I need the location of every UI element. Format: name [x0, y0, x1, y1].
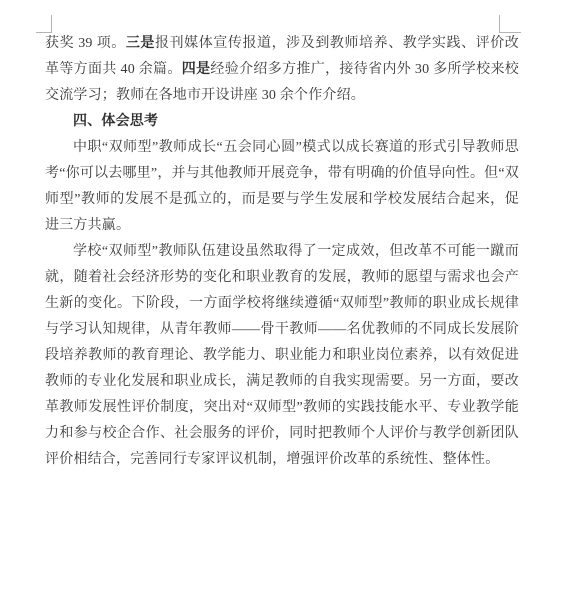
document-page: 获奖 39 项。三是报刊媒体宣传报道，涉及到教师培养、教学实践、评价改革等方面共… [0, 0, 564, 601]
section-heading: 四、体会思考 [45, 109, 519, 135]
text-run: 获奖 39 项。 [45, 36, 126, 51]
list-marker-third: 三是 [126, 36, 155, 51]
list-marker-fourth: 四是 [182, 62, 211, 77]
paragraph-reflection: 中职“双师型”教师成长“五会同心圆”模式以成长赛道的形式引导教师思考“你可以去哪… [45, 135, 519, 239]
paragraph-outlook: 学校“双师型”教师队伍建设虽然取得了一定成效，但改革不可能一蹴而就，随着社会经济… [45, 239, 519, 473]
document-body: 获奖 39 项。三是报刊媒体宣传报道，涉及到教师培养、教学实践、评价改革等方面共… [45, 31, 519, 473]
paragraph-achievements: 获奖 39 项。三是报刊媒体宣传报道，涉及到教师培养、教学实践、评价改革等方面共… [45, 31, 519, 109]
